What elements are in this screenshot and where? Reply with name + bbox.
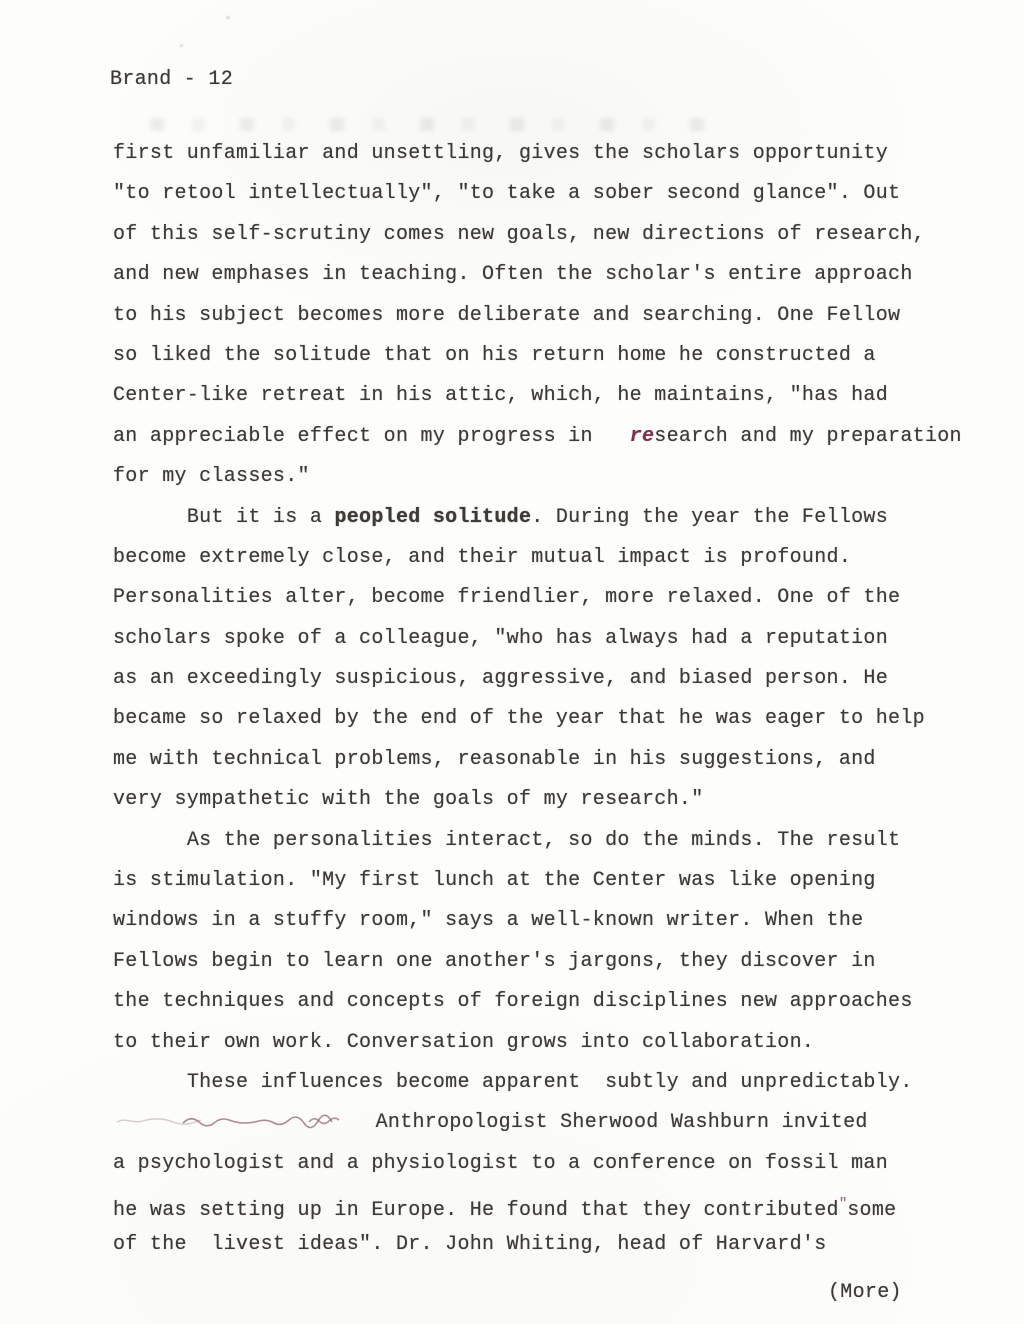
text-segment: search and my preparation [654, 425, 962, 448]
text-segment: first unfamiliar and unsettling, gives t… [113, 142, 888, 165]
text-line: he was setting up in Europe. He found th… [113, 1184, 993, 1224]
text-line: These influences become apparent subtly … [113, 1063, 993, 1103]
text-segment: he was setting up in Europe. He found th… [113, 1199, 839, 1222]
text-line: as an exceedingly suspicious, aggressive… [113, 659, 993, 699]
text-line: scholars spoke of a colleague, "who has … [113, 619, 993, 659]
more-indicator: (More) [828, 1281, 902, 1304]
text-segment: Personalities alter, become friendlier, … [113, 586, 900, 609]
text-segment-supred: " [839, 1196, 847, 1212]
text-segment: to their own work. Conversation grows in… [113, 1031, 814, 1054]
scribble-strikeout [113, 1105, 351, 1121]
text-line: me with technical problems, reasonable i… [113, 740, 993, 780]
text-line: first unfamiliar and unsettling, gives t… [113, 134, 993, 174]
text-line: windows in a stuffy room," says a well-k… [113, 901, 993, 941]
text-line: "to retool intellectually", "to take a s… [113, 174, 993, 214]
text-segment: and new emphases in teaching. Often the … [113, 263, 913, 286]
text-line: As the personalities interact, so do the… [113, 821, 993, 861]
text-segment: . During the year the Fellows [531, 506, 888, 529]
text-segment: so liked the solitude that on his return… [113, 344, 876, 367]
text-segment: me with technical problems, reasonable i… [113, 748, 876, 771]
text-segment: Anthropologist Sherwood Washburn invited [351, 1111, 868, 1134]
text-line: became so relaxed by the end of the year… [113, 699, 993, 739]
text-line: and new emphases in teaching. Often the … [113, 255, 993, 295]
text-line: become extremely close, and their mutual… [113, 538, 993, 578]
document-body: first unfamiliar and unsettling, gives t… [113, 134, 993, 1265]
text-segment: became so relaxed by the end of the year… [113, 707, 925, 730]
text-segment: These influences become apparent subtly … [187, 1071, 913, 1094]
text-segment: an appreciable effect on my progress in [113, 425, 630, 448]
text-line: Anthropologist Sherwood Washburn invited [113, 1103, 993, 1143]
text-line: Center-like retreat in his attic, which,… [113, 376, 993, 416]
erased-text-smudge [150, 118, 730, 131]
text-segment-bold: peopled solitude [334, 506, 531, 529]
typewritten-manuscript-page: Brand - 12 first unfamiliar and unsettli… [0, 0, 1024, 1324]
text-segment: a psychologist and a physiologist to a c… [113, 1152, 888, 1175]
text-line: very sympathetic with the goals of my re… [113, 780, 993, 820]
text-line: Personalities alter, become friendlier, … [113, 578, 993, 618]
text-line: the techniques and concepts of foreign d… [113, 982, 993, 1022]
text-line: Fellows begin to learn one another's jar… [113, 942, 993, 982]
text-segment: "to retool intellectually", "to take a s… [113, 182, 900, 205]
text-line: to his subject becomes more deliberate a… [113, 296, 993, 336]
text-line: so liked the solitude that on his return… [113, 336, 993, 376]
text-segment: become extremely close, and their mutual… [113, 546, 851, 569]
text-segment: Center-like retreat in his attic, which,… [113, 384, 888, 407]
text-segment: But it is a [187, 506, 335, 529]
text-segment: as an exceedingly suspicious, aggressive… [113, 667, 888, 690]
text-segment: is stimulation. "My first lunch at the C… [113, 869, 876, 892]
text-line: But it is a peopled solitude. During the… [113, 498, 993, 538]
page-header: Brand - 12 [110, 68, 233, 91]
text-line: to their own work. Conversation grows in… [113, 1023, 993, 1063]
text-line: of the livest ideas". Dr. John Whiting, … [113, 1225, 993, 1265]
text-segment: to his subject becomes more deliberate a… [113, 304, 900, 327]
text-segment: of the livest ideas". Dr. John Whiting, … [113, 1233, 827, 1256]
text-line: an appreciable effect on my progress in … [113, 417, 993, 457]
text-segment: Fellows begin to learn one another's jar… [113, 950, 876, 973]
text-segment: scholars spoke of a colleague, "who has … [113, 627, 888, 650]
text-segment: the techniques and concepts of foreign d… [113, 990, 913, 1013]
text-line: a psychologist and a physiologist to a c… [113, 1144, 993, 1184]
text-segment: windows in a stuffy room," says a well-k… [113, 909, 863, 932]
text-segment-red: re [630, 425, 655, 448]
text-line: is stimulation. "My first lunch at the C… [113, 861, 993, 901]
text-segment: of this self-scrutiny comes new goals, n… [113, 223, 925, 246]
text-segment: As the personalities interact, so do the… [187, 829, 901, 852]
text-line: of this self-scrutiny comes new goals, n… [113, 215, 993, 255]
text-line: for my classes." [113, 457, 993, 497]
text-segment: very sympathetic with the goals of my re… [113, 788, 704, 811]
text-segment: some [847, 1199, 896, 1222]
text-segment: for my classes." [113, 465, 310, 488]
